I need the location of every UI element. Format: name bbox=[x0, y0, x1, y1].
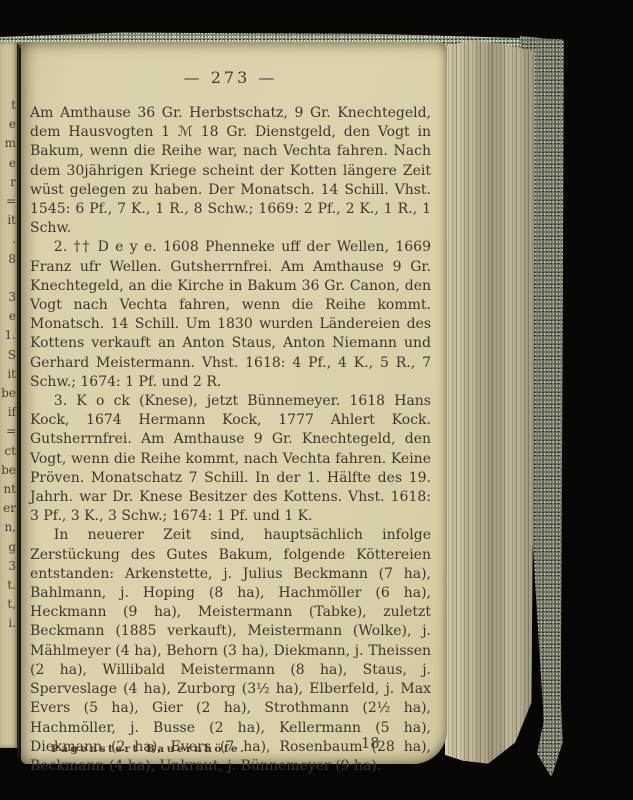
page-footer: Pagenstert Bauernhöfe. 18 bbox=[51, 736, 411, 758]
book-scan: t e m e r = it . 8 3 e 1. S it be if = c… bbox=[0, 0, 633, 800]
book-fore-edge-pages bbox=[445, 40, 535, 768]
book-page: — 273 — Am Amthause 36 Gr. Herbstschatz,… bbox=[21, 42, 447, 764]
sheet-number: 18 bbox=[361, 736, 379, 752]
page-content: — 273 — Am Amthause 36 Gr. Herbstschatz,… bbox=[30, 68, 431, 776]
running-signature: Pagenstert Bauernhöfe. bbox=[51, 743, 246, 755]
paragraph-2: 2. †† D e y e. 1608 Phenneke uff der Wel… bbox=[30, 238, 431, 392]
paragraph-1: Am Amthause 36 Gr. Herbstschatz, 9 Gr. K… bbox=[30, 104, 431, 238]
paragraph-3: 3. K o ck (Knese), jetzt Bünnemeyer. 161… bbox=[30, 392, 431, 526]
page-number: — 273 — bbox=[30, 68, 431, 87]
